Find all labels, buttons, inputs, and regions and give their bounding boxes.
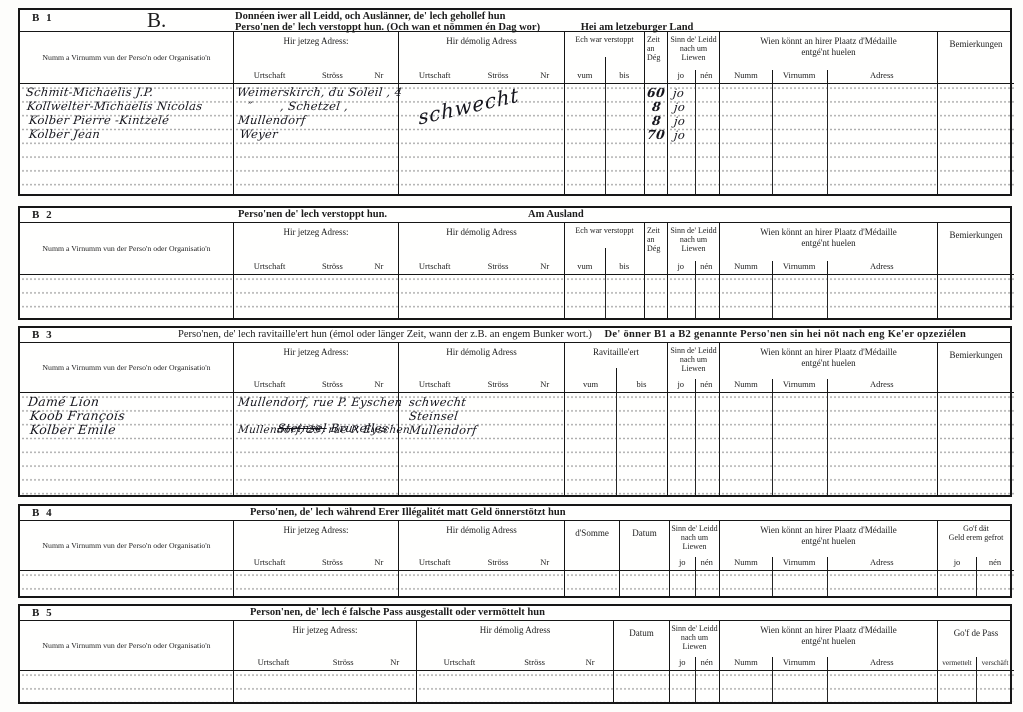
subheader-urtschaft: Urtschaft bbox=[399, 379, 471, 389]
column-zeit: Zeit an Dég 60 8 8 70 bbox=[645, 32, 668, 194]
subcolumn-divider bbox=[695, 393, 696, 495]
header-label: Datum bbox=[620, 521, 669, 539]
column-body-name bbox=[20, 671, 233, 702]
subcolumn-divider bbox=[827, 261, 828, 274]
subcolumn-divider bbox=[695, 571, 696, 596]
column-name: Numm a Virnumm vun der Perso'n oder Orga… bbox=[20, 621, 234, 702]
subheader-numm: Numm bbox=[720, 261, 772, 271]
subcolumn-divider bbox=[772, 84, 773, 194]
section-b1-titlebar: B 1 B. Donnéen iwer all Leidd, och Auslä… bbox=[20, 10, 1010, 32]
header-label: Hir démolig Adress bbox=[399, 32, 564, 47]
column-body-bemierkungen bbox=[938, 84, 1014, 194]
column-body-name bbox=[20, 571, 233, 596]
subheader-urtschaft: Urtschaft bbox=[234, 70, 305, 80]
section-id: B 2 bbox=[32, 209, 54, 221]
column-body-wien bbox=[720, 571, 937, 596]
header-label-wien-1: Wien könnt an hirer Plaatz d'Médaille bbox=[720, 347, 937, 358]
section-title: Perso'nen, de' lech ravitaille'ert hun (… bbox=[178, 329, 592, 340]
column-wien: Wien könnt an hirer Plaatz d'Médaille en… bbox=[720, 621, 938, 702]
subheader-nen: nén bbox=[694, 261, 720, 271]
subheader-nr: Nr bbox=[374, 657, 416, 667]
column-body-sinn: jo jo jo jo bbox=[668, 84, 719, 194]
subcolumn-divider bbox=[772, 657, 773, 670]
subheader-nen: nén bbox=[694, 379, 720, 389]
subheader-virnumm: Virnumm bbox=[772, 557, 827, 567]
column-body-name bbox=[20, 275, 233, 318]
subheader-nr: Nr bbox=[526, 379, 565, 389]
handwritten-jo: jo bbox=[673, 129, 685, 141]
subheader-jo: jo bbox=[670, 557, 695, 567]
subheader-adress: Adress bbox=[827, 261, 937, 271]
subheader-stross: Ströss bbox=[502, 657, 567, 667]
subheader-adress: Adress bbox=[827, 379, 937, 389]
column-body-demolig bbox=[399, 275, 564, 318]
header-label-wien-1: Wien könnt an hirer Plaatz d'Médaille bbox=[720, 36, 937, 47]
header-label: Sinn de' Leidd nach um Liewen bbox=[670, 521, 719, 551]
subheader-urtschaft: Urtschaft bbox=[399, 557, 471, 567]
header-label: Bemierkungen bbox=[938, 343, 1014, 361]
column-body-somme bbox=[565, 571, 619, 596]
subheader-urtschaft: Urtschaft bbox=[234, 657, 313, 667]
subheader-stross: Ströss bbox=[471, 557, 526, 567]
column-bemierkungen: Bemierkungen bbox=[938, 223, 1014, 318]
subcolumn-divider bbox=[827, 557, 828, 570]
subheader-vermettelt: vermettelt bbox=[938, 658, 976, 667]
subcolumn-divider bbox=[772, 671, 773, 702]
subcolumn-divider bbox=[976, 557, 977, 570]
column-body-jetzeg bbox=[234, 275, 398, 318]
column-body-wien bbox=[720, 671, 937, 702]
header-label-gof-1: Go'f dät bbox=[938, 524, 1014, 533]
column-body-wien bbox=[720, 393, 937, 495]
subheader-numm: Numm bbox=[720, 657, 772, 667]
subheader-nr: Nr bbox=[360, 70, 398, 80]
column-sinn: Sinn de' Leidd nach um Liewen jo nén bbox=[670, 521, 720, 596]
section-b2-titlebar: B 2 Perso'nen de' lech verstoppt hun. Am… bbox=[20, 208, 1010, 223]
column-body-jetzeg bbox=[234, 671, 416, 702]
column-body-sinn bbox=[668, 393, 719, 495]
column-body-demolig: schwecht Steinsel Mullendorf bbox=[399, 393, 564, 495]
header-label: Numm a Virnumm vun der Perso'n oder Orga… bbox=[22, 243, 231, 254]
subcolumn-divider bbox=[827, 70, 828, 83]
subcolumn-divider bbox=[827, 275, 828, 318]
header-label-an: an bbox=[647, 235, 667, 244]
subcolumn-divider bbox=[827, 671, 828, 702]
section-b2: B 2 Perso'nen de' lech verstoppt hun. Am… bbox=[18, 206, 1012, 320]
column-wien: Wien könnt an hirer Plaatz d'Médaille en… bbox=[720, 32, 938, 194]
subheader-nr: Nr bbox=[360, 557, 398, 567]
subheader-urtschaft: Urtschaft bbox=[234, 261, 305, 271]
header-label: Bemierkungen bbox=[938, 32, 1014, 50]
header-label: Ech war verstoppt bbox=[565, 32, 644, 44]
subheader-jo: jo bbox=[668, 379, 694, 389]
subheader-vum: vum bbox=[565, 70, 605, 80]
subcolumn-divider bbox=[605, 275, 606, 318]
column-datum: Datum bbox=[620, 521, 670, 596]
column-body-wien bbox=[720, 275, 937, 318]
subcolumn-divider bbox=[827, 657, 828, 670]
section-title: Perso'nen de' lech verstoppt hun. bbox=[238, 209, 387, 220]
subheader-bis: bis bbox=[605, 261, 645, 271]
handwritten-days: 8 bbox=[651, 115, 661, 127]
header-label: Datum bbox=[614, 621, 669, 639]
column-header-name: Numm a Virnumm vun der Perso'n oder Orga… bbox=[20, 32, 233, 84]
section-b4: B 4 Perso'nen, de' lech während Erer Ill… bbox=[18, 504, 1012, 598]
subcolumn-divider bbox=[605, 57, 606, 83]
subcolumn-divider bbox=[827, 84, 828, 194]
column-demolig-adress: Hir démolig Adress Urtschaft Ströss Nr bbox=[417, 621, 614, 702]
section-b3-titlebar: B 3 Perso'nen, de' lech ravitaille'ert h… bbox=[20, 328, 1010, 343]
column-wien: Wien könnt an hirer Plaatz d'Médaille en… bbox=[720, 223, 938, 318]
section-b1: B 1 B. Donnéen iwer all Leidd, och Auslä… bbox=[18, 8, 1012, 196]
subcolumn-divider bbox=[772, 571, 773, 596]
subheader-stross: Ströss bbox=[305, 261, 360, 271]
handwritten-address: ″ , Schetzel , bbox=[247, 100, 348, 112]
column-demolig-adress: Hir démolig Adress Urtschaft Ströss Nr bbox=[399, 223, 565, 318]
subheader-nen: nén bbox=[976, 557, 1014, 567]
handwritten-name: Kollwelter-Michaelis Nicolas bbox=[26, 100, 203, 112]
subcolumn-divider bbox=[695, 275, 696, 318]
handwritten-name: Kolber Jean bbox=[28, 128, 100, 140]
column-sinn: Sinn de' Leidd nach um Liewen jo nén bbox=[670, 621, 720, 702]
handwritten-days: 60 bbox=[646, 87, 665, 99]
section-id: B 3 bbox=[32, 329, 54, 341]
subheader-vum: vum bbox=[565, 261, 605, 271]
handwritten-address: Mullendorf, 29, rue P. Eyschen bbox=[237, 424, 410, 436]
column-body-ravitaille bbox=[565, 393, 667, 495]
column-body-sinn bbox=[668, 275, 719, 318]
column-body-wien bbox=[720, 84, 937, 194]
section-b4-titlebar: B 4 Perso'nen, de' lech während Erer Ill… bbox=[20, 506, 1010, 521]
column-body-sinn bbox=[670, 671, 719, 702]
column-body-datum bbox=[614, 671, 669, 702]
header-label: Bemierkungen bbox=[938, 223, 1014, 241]
header-label: Numm a Virnumm vun der Perso'n oder Orga… bbox=[22, 640, 231, 651]
handwritten-name: Schmit-Michaelis J.P. bbox=[25, 86, 154, 98]
subheader-virnumm: Virnumm bbox=[772, 70, 827, 80]
column-body-datum bbox=[620, 571, 669, 596]
column-body-sinn bbox=[670, 571, 719, 596]
subcolumn-divider bbox=[695, 671, 696, 702]
subheader-numm: Numm bbox=[720, 557, 772, 567]
header-label: Hir démolig Adress bbox=[417, 621, 613, 636]
subheader-bis: bis bbox=[605, 70, 645, 80]
header-label-deg: Dég bbox=[647, 53, 667, 62]
header-label-deg: Dég bbox=[647, 244, 667, 253]
section-b3: B 3 Perso'nen, de' lech ravitaille'ert h… bbox=[18, 326, 1012, 497]
column-sinn: Sinn de' Leidd nach um Liewen jo nén bbox=[668, 223, 720, 318]
subheader-urtschaft: Urtschaft bbox=[417, 657, 502, 667]
subheader-jo: jo bbox=[668, 261, 694, 271]
subheader-adress: Adress bbox=[827, 70, 937, 80]
subheader-stross: Ströss bbox=[313, 657, 374, 667]
column-verstoppt: Ech war verstoppt vum bis bbox=[565, 32, 645, 194]
header-label: Numm a Virnumm vun der Perso'n oder Orga… bbox=[22, 362, 231, 373]
header-label: Hir jetzeg Adress: bbox=[234, 32, 398, 47]
column-body-name: Damé Lion Koob François Kolber Emile bbox=[20, 393, 233, 495]
header-label: Hir jetzeg Adress: bbox=[234, 223, 398, 238]
subheader-jo: jo bbox=[938, 557, 976, 567]
subheader-jo: jo bbox=[668, 70, 694, 80]
column-header-verstoppt: Ech war verstoppt vum bis bbox=[565, 32, 644, 84]
subcolumn-divider bbox=[772, 379, 773, 392]
column-zeit: Zeit an Dég bbox=[645, 223, 668, 318]
section-title: Person'nen, de' lech é falsche Pass ausg… bbox=[250, 607, 545, 618]
column-header-bemierkungen: Bemierkungen bbox=[938, 32, 1014, 84]
column-body-jetzeg bbox=[234, 571, 398, 596]
subheader-bis: bis bbox=[616, 379, 667, 389]
header-label-zeit: Zeit bbox=[647, 35, 667, 44]
section-id: B 5 bbox=[32, 607, 54, 619]
subheader-urtschaft: Urtschaft bbox=[399, 261, 471, 271]
section-title: Perso'nen, de' lech während Erer Illégal… bbox=[250, 507, 566, 518]
column-sinn: Sinn de' Leidd nach um Liewen jo nén jo … bbox=[668, 32, 720, 194]
column-jetzeg-adress: Hir jetzeg Adress: Urtschaft Ströss Nr M… bbox=[234, 343, 399, 495]
column-body-zeit: 60 8 8 70 bbox=[645, 84, 667, 194]
subheader-nen: nén bbox=[695, 657, 720, 667]
subcolumn-divider bbox=[772, 393, 773, 495]
column-body-verstoppt bbox=[565, 275, 644, 318]
column-header-jetzeg: Hir jetzeg Adress: Urtschaft Ströss Nr bbox=[234, 32, 398, 84]
handwritten-address: Weyer bbox=[239, 128, 278, 140]
column-jetzeg-adress: Hir jetzeg Adress: Urtschaft Ströss Nr W… bbox=[234, 32, 399, 194]
header-label: Numm a Virnumm vun der Perso'n oder Orga… bbox=[22, 52, 231, 63]
subcolumn-divider bbox=[772, 275, 773, 318]
header-label: Hir démolig Adress bbox=[399, 521, 564, 536]
subheader-nr: Nr bbox=[526, 557, 565, 567]
handwritten-jo: jo bbox=[673, 101, 685, 113]
column-name: Numm a Virnumm vun der Perso'n oder Orga… bbox=[20, 521, 234, 596]
subheader-urtschaft: Urtschaft bbox=[234, 557, 305, 567]
subheader-nr: Nr bbox=[360, 379, 398, 389]
header-label: Hir jetzeg Adress: bbox=[234, 521, 398, 536]
title-line-1: Donnéen iwer all Leidd, och Auslänner, d… bbox=[235, 11, 693, 22]
column-name: Numm a Virnumm vun der Perso'n oder Orga… bbox=[20, 32, 234, 194]
handwritten-address: Mullendorf, rue P. Eyschen bbox=[237, 396, 403, 408]
header-label-wien-1: Wien könnt an hirer Plaatz d'Médaille bbox=[720, 525, 937, 536]
column-jetzeg-adress: Hir jetzeg Adress: Urtschaft Ströss Nr bbox=[234, 521, 399, 596]
subheader-stross: Ströss bbox=[305, 379, 360, 389]
subheader-vum: vum bbox=[565, 379, 616, 389]
header-label-zeit: Zeit bbox=[647, 226, 667, 235]
subheader-virnumm: Virnumm bbox=[772, 379, 827, 389]
section-letter: B. bbox=[147, 10, 166, 30]
subcolumn-divider bbox=[616, 368, 617, 392]
subcolumn-divider bbox=[695, 84, 696, 194]
column-body-gof-pass bbox=[938, 671, 1014, 702]
header-label-wien-1: Wien könnt an hirer Plaatz d'Médaille bbox=[720, 227, 937, 238]
subcolumn-divider bbox=[772, 261, 773, 274]
column-verstoppt: Ech war verstoppt vum bis bbox=[565, 223, 645, 318]
header-label: Ravitaille'ert bbox=[565, 343, 667, 358]
handwritten-days: 8 bbox=[651, 101, 661, 113]
handwritten-address: Weimerskirch, du Soleil , 4 bbox=[236, 86, 402, 98]
subheader-virnumm: Virnumm bbox=[772, 261, 827, 271]
column-demolig-adress: Hir démolig Adress Urtschaft Ströss Nr s… bbox=[399, 343, 565, 495]
column-body-demolig bbox=[399, 571, 564, 596]
header-label-wien-1: Wien könnt an hirer Plaatz d'Médaille bbox=[720, 625, 937, 636]
subheader-adress: Adress bbox=[827, 557, 937, 567]
column-wien: Wien könnt an hirer Plaatz d'Médaille en… bbox=[720, 343, 938, 495]
column-body-verstoppt bbox=[565, 84, 644, 194]
column-bemierkungen: Bemierkungen bbox=[938, 343, 1014, 495]
subcolumn-divider bbox=[827, 571, 828, 596]
subheader-numm: Numm bbox=[720, 70, 772, 80]
header-label: Sinn de' Leidd nach um Liewen bbox=[668, 32, 719, 62]
subheader-nen: nén bbox=[695, 557, 720, 567]
subcolumn-divider bbox=[695, 557, 696, 570]
subheader-numm: Numm bbox=[720, 379, 772, 389]
header-label-wien-2: entgé'nt huelen bbox=[720, 536, 937, 547]
header-label: Numm a Virnumm vun der Perso'n oder Orga… bbox=[22, 540, 231, 551]
subcolumn-divider bbox=[976, 657, 977, 670]
header-label-wien-2: entgé'nt huelen bbox=[720, 47, 937, 58]
column-body-demolig bbox=[417, 671, 613, 702]
header-label: Hir jetzeg Adress: bbox=[234, 343, 398, 358]
subcolumn-divider bbox=[616, 393, 617, 495]
section-b5-titlebar: B 5 Person'nen, de' lech é falsche Pass … bbox=[20, 606, 1010, 621]
column-body-jetzeg: Weimerskirch, du Soleil , 4 ″ , Schetzel… bbox=[234, 84, 398, 194]
subcolumn-divider bbox=[827, 379, 828, 392]
column-header-wien: Wien könnt an hirer Plaatz d'Médaille en… bbox=[720, 32, 937, 84]
subheader-stross: Ströss bbox=[471, 70, 526, 80]
subcolumn-divider bbox=[695, 70, 696, 83]
column-jetzeg-adress: Hir jetzeg Adress: Urtschaft Ströss Nr bbox=[234, 621, 417, 702]
header-label-wien-2: entgé'nt huelen bbox=[720, 636, 937, 647]
section-id: B 4 bbox=[32, 507, 54, 519]
handwritten-demolig: Mullendorf bbox=[408, 424, 477, 436]
handwritten-diagonal-note: schwecht bbox=[418, 88, 520, 123]
subheader-urtschaft: Urtschaft bbox=[234, 379, 305, 389]
subcolumn-divider bbox=[605, 248, 606, 274]
header-label: d'Somme bbox=[565, 521, 619, 539]
column-body-jetzeg: Mullendorf, rue P. Eyschen Steinsel Brux… bbox=[234, 393, 398, 495]
subheader-verschaft: verschäft bbox=[976, 658, 1014, 667]
subheader-stross: Ströss bbox=[305, 557, 360, 567]
section-subtitle: Am Ausland bbox=[528, 209, 584, 220]
column-gof-geld: Go'f dät Geld erem gefrot jo nén bbox=[938, 521, 1014, 596]
header-label: Sinn de' Leidd nach um Liewen bbox=[668, 223, 719, 253]
subheader-virnumm: Virnumm bbox=[772, 657, 827, 667]
header-label: Hir démolig Adress bbox=[399, 343, 564, 358]
header-label-an: an bbox=[647, 44, 667, 53]
subcolumn-divider bbox=[695, 261, 696, 274]
section-title-bold: De' önner B1 a B2 genannte Perso'nen sin… bbox=[605, 329, 967, 340]
section-id: B 1 bbox=[32, 12, 54, 24]
subcolumn-divider bbox=[772, 70, 773, 83]
column-body-gof-geld bbox=[938, 571, 1014, 596]
column-name: Numm a Virnumm vun der Perso'n oder Orga… bbox=[20, 343, 234, 495]
column-body-demolig: schwecht bbox=[399, 84, 564, 194]
handwritten-jo: jo bbox=[672, 87, 684, 99]
subheader-nr: Nr bbox=[526, 70, 565, 80]
column-header-demolig: Hir démolig Adress Urtschaft Ströss Nr bbox=[399, 32, 564, 84]
handwritten-jo: jo bbox=[673, 115, 685, 127]
column-datum: Datum bbox=[614, 621, 670, 702]
header-label-wien-2: entgé'nt huelen bbox=[720, 238, 937, 249]
subcolumn-divider bbox=[827, 393, 828, 495]
column-body-zeit bbox=[645, 275, 667, 318]
column-header-zeit: Zeit an Dég bbox=[645, 32, 667, 84]
subheader-nr: Nr bbox=[360, 261, 398, 271]
subheader-jo: jo bbox=[670, 657, 695, 667]
handwritten-name: Damé Lion bbox=[27, 396, 100, 408]
header-label: Sinn de' Leidd nach um Liewen bbox=[670, 621, 719, 651]
column-name: Numm a Virnumm vun der Perso'n oder Orga… bbox=[20, 223, 234, 318]
handwritten-demolig: Steinsel bbox=[408, 410, 458, 422]
header-label-wien-2: entgé'nt huelen bbox=[720, 358, 937, 369]
column-demolig-adress: Hir démolig Adress Urtschaft Ströss Nr bbox=[399, 521, 565, 596]
section-b5: B 5 Person'nen, de' lech é falsche Pass … bbox=[18, 604, 1012, 704]
column-header-sinn: Sinn de' Leidd nach um Liewen jo nén bbox=[668, 32, 719, 84]
scanned-form-page: { "labels": { "name_col": "Numm a Virnum… bbox=[0, 0, 1023, 712]
subheader-stross: Ströss bbox=[471, 379, 526, 389]
subcolumn-divider bbox=[695, 657, 696, 670]
header-label: Hir démolig Adress bbox=[399, 223, 564, 238]
header-label: Go'f de Pass bbox=[938, 621, 1014, 639]
column-jetzeg-adress: Hir jetzeg Adress: Urtschaft Ströss Nr bbox=[234, 223, 399, 318]
column-wien: Wien könnt an hirer Plaatz d'Médaille en… bbox=[720, 521, 938, 596]
column-body-name: Schmit-Michaelis J.P. Kollwelter-Michael… bbox=[20, 84, 233, 194]
column-body-bemierkungen bbox=[938, 393, 1014, 495]
handwritten-name: Kolber Pierre -Kintzelé bbox=[28, 114, 170, 126]
subcolumn-divider bbox=[976, 671, 977, 702]
subheader-urtschaft: Urtschaft bbox=[399, 70, 471, 80]
handwritten-name: Kolber Emile bbox=[29, 424, 116, 436]
subheader-stross: Ströss bbox=[305, 70, 360, 80]
subcolumn-divider bbox=[976, 571, 977, 596]
subheader-adress: Adress bbox=[827, 657, 937, 667]
subheader-nen: nén bbox=[694, 70, 720, 80]
header-label: Sinn de' Leidd nach um Liewen bbox=[668, 343, 719, 373]
column-bemierkungen: Bemierkungen bbox=[938, 32, 1014, 194]
subcolumn-divider bbox=[605, 84, 606, 194]
header-label: Ech war verstoppt bbox=[565, 223, 644, 235]
subheader-stross: Ströss bbox=[471, 261, 526, 271]
column-body-bemierkungen bbox=[938, 275, 1014, 318]
column-ravitaille: Ravitaille'ert vum bis bbox=[565, 343, 668, 495]
header-label: Hir jetzeg Adress: bbox=[234, 621, 416, 636]
column-demolig-adress: Hir démolig Adress Urtschaft Ströss Nr s… bbox=[399, 32, 565, 194]
handwritten-demolig: schwecht bbox=[408, 396, 467, 408]
subheader-nr: Nr bbox=[526, 261, 565, 271]
column-somme: d'Somme bbox=[565, 521, 620, 596]
subcolumn-divider bbox=[695, 379, 696, 392]
handwritten-address: Mullendorf bbox=[237, 114, 306, 126]
subheader-nr: Nr bbox=[567, 657, 613, 667]
handwritten-days: 70 bbox=[646, 129, 665, 141]
header-label-gof-2: Geld erem gefrot bbox=[938, 533, 1014, 542]
subcolumn-divider bbox=[772, 557, 773, 570]
section-title: Donnéen iwer all Leidd, och Auslänner, d… bbox=[235, 11, 693, 33]
column-gof-pass: Go'f de Pass vermettelt verschäft bbox=[938, 621, 1014, 702]
column-sinn: Sinn de' Leidd nach um Liewen jo nén bbox=[668, 343, 720, 495]
handwritten-name: Koob François bbox=[29, 410, 125, 422]
